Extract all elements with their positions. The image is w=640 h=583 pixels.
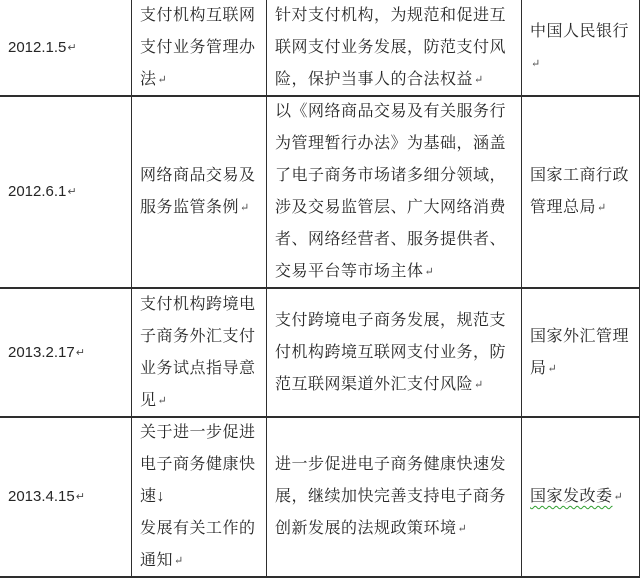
cell-date-row4: 2013.4.15↵ (0, 418, 132, 578)
paragraph-mark-icon: ↵ (614, 491, 623, 503)
paragraph-mark-icon: ↵ (474, 379, 483, 391)
cell-agency-row1: 中国人民银行↵ (522, 0, 640, 97)
description-text: 以《网络商品交易及有关服务行为管理暂行办法》为基础，涵盖了电子商务市场诸多细分领… (275, 103, 506, 280)
date-text: 2013.4.15 (8, 488, 75, 505)
cell-agency-row3: 国家外汇管理局↵ (522, 289, 640, 418)
paragraph-mark-icon: ↵ (76, 347, 85, 359)
date-text: 2012.1.5 (8, 39, 66, 56)
document-page: 2012.1.5↵ 支付机构互联网支付业务管理办法↵ 针对支付机构，为规范和促进… (0, 0, 640, 583)
cell-description-row2: 以《网络商品交易及有关服务行为管理暂行办法》为基础，涵盖了电子商务市场诸多细分领… (267, 97, 522, 289)
policy-name-text: 关于进一步促进电子商务健康快速↓ 发展有关工作的通知 (140, 424, 256, 569)
date-text: 2013.2.17 (8, 344, 75, 361)
paragraph-mark-icon: ↵ (425, 266, 434, 278)
cell-description-row1: 针对支付机构，为规范和促进互联网支付业务发展，防范支付风险，保护当事人的合法权益… (267, 0, 522, 97)
cell-policy-name-row4: 关于进一步促进电子商务健康快速↓ 发展有关工作的通知↵ (132, 418, 267, 578)
paragraph-mark-icon: ↵ (67, 42, 76, 54)
policy-name-text: 网络商品交易及服务监管条例 (140, 167, 256, 216)
cell-date-row2: 2012.6.1↵ (0, 97, 132, 289)
paragraph-mark-icon: ↵ (458, 523, 467, 535)
agency-text: 国家外汇管理局 (530, 328, 629, 377)
description-text: 针对支付机构，为规范和促进互联网支付业务发展，防范支付风险，保护当事人的合法权益 (275, 7, 506, 88)
cell-policy-name-row2: 网络商品交易及服务监管条例↵ (132, 97, 267, 289)
description-text: 支付跨境电子商务发展，规范支付机构跨境互联网支付业务，防范互联网渠道外汇支付风险 (275, 312, 506, 393)
policy-table: 2012.1.5↵ 支付机构互联网支付业务管理办法↵ 针对支付机构，为规范和促进… (0, 0, 640, 578)
paragraph-mark-icon: ↵ (240, 202, 249, 214)
paragraph-mark-icon: ↵ (76, 491, 85, 503)
paragraph-mark-icon: ↵ (474, 74, 483, 86)
paragraph-mark-icon: ↵ (548, 363, 557, 375)
paragraph-mark-icon: ↵ (597, 202, 606, 214)
cell-date-row1: 2012.1.5↵ (0, 0, 132, 97)
description-text: 进一步促进电子商务健康快速发展，继续加快完善支持电子商务创新发展的法规政策环境 (275, 456, 506, 537)
date-text: 2012.6.1 (8, 183, 66, 200)
paragraph-mark-icon: ↵ (174, 555, 183, 567)
agency-text: 中国人民银行 (530, 23, 629, 40)
cell-policy-name-row3: 支付机构跨境电子商务外汇支付业务试点指导意见↵ (132, 289, 267, 418)
agency-text: 国家工商行政管理总局 (530, 167, 629, 216)
cell-agency-row4: 国家发改委↵ (522, 418, 640, 578)
cell-date-row3: 2013.2.17↵ (0, 289, 132, 418)
paragraph-mark-icon: ↵ (158, 395, 167, 407)
cell-agency-row2: 国家工商行政管理总局↵ (522, 97, 640, 289)
policy-name-text: 支付机构跨境电子商务外汇支付业务试点指导意见 (140, 296, 256, 409)
paragraph-mark-icon: ↵ (531, 58, 540, 70)
paragraph-mark-icon: ↵ (67, 186, 76, 198)
cell-policy-name-row1: 支付机构互联网支付业务管理办法↵ (132, 0, 267, 97)
agency-text-spellcheck: 国家发改委 (530, 488, 613, 505)
cell-description-row3: 支付跨境电子商务发展，规范支付机构跨境互联网支付业务，防范互联网渠道外汇支付风险… (267, 289, 522, 418)
paragraph-mark-icon: ↵ (158, 74, 167, 86)
cell-description-row4: 进一步促进电子商务健康快速发展，继续加快完善支持电子商务创新发展的法规政策环境↵ (267, 418, 522, 578)
